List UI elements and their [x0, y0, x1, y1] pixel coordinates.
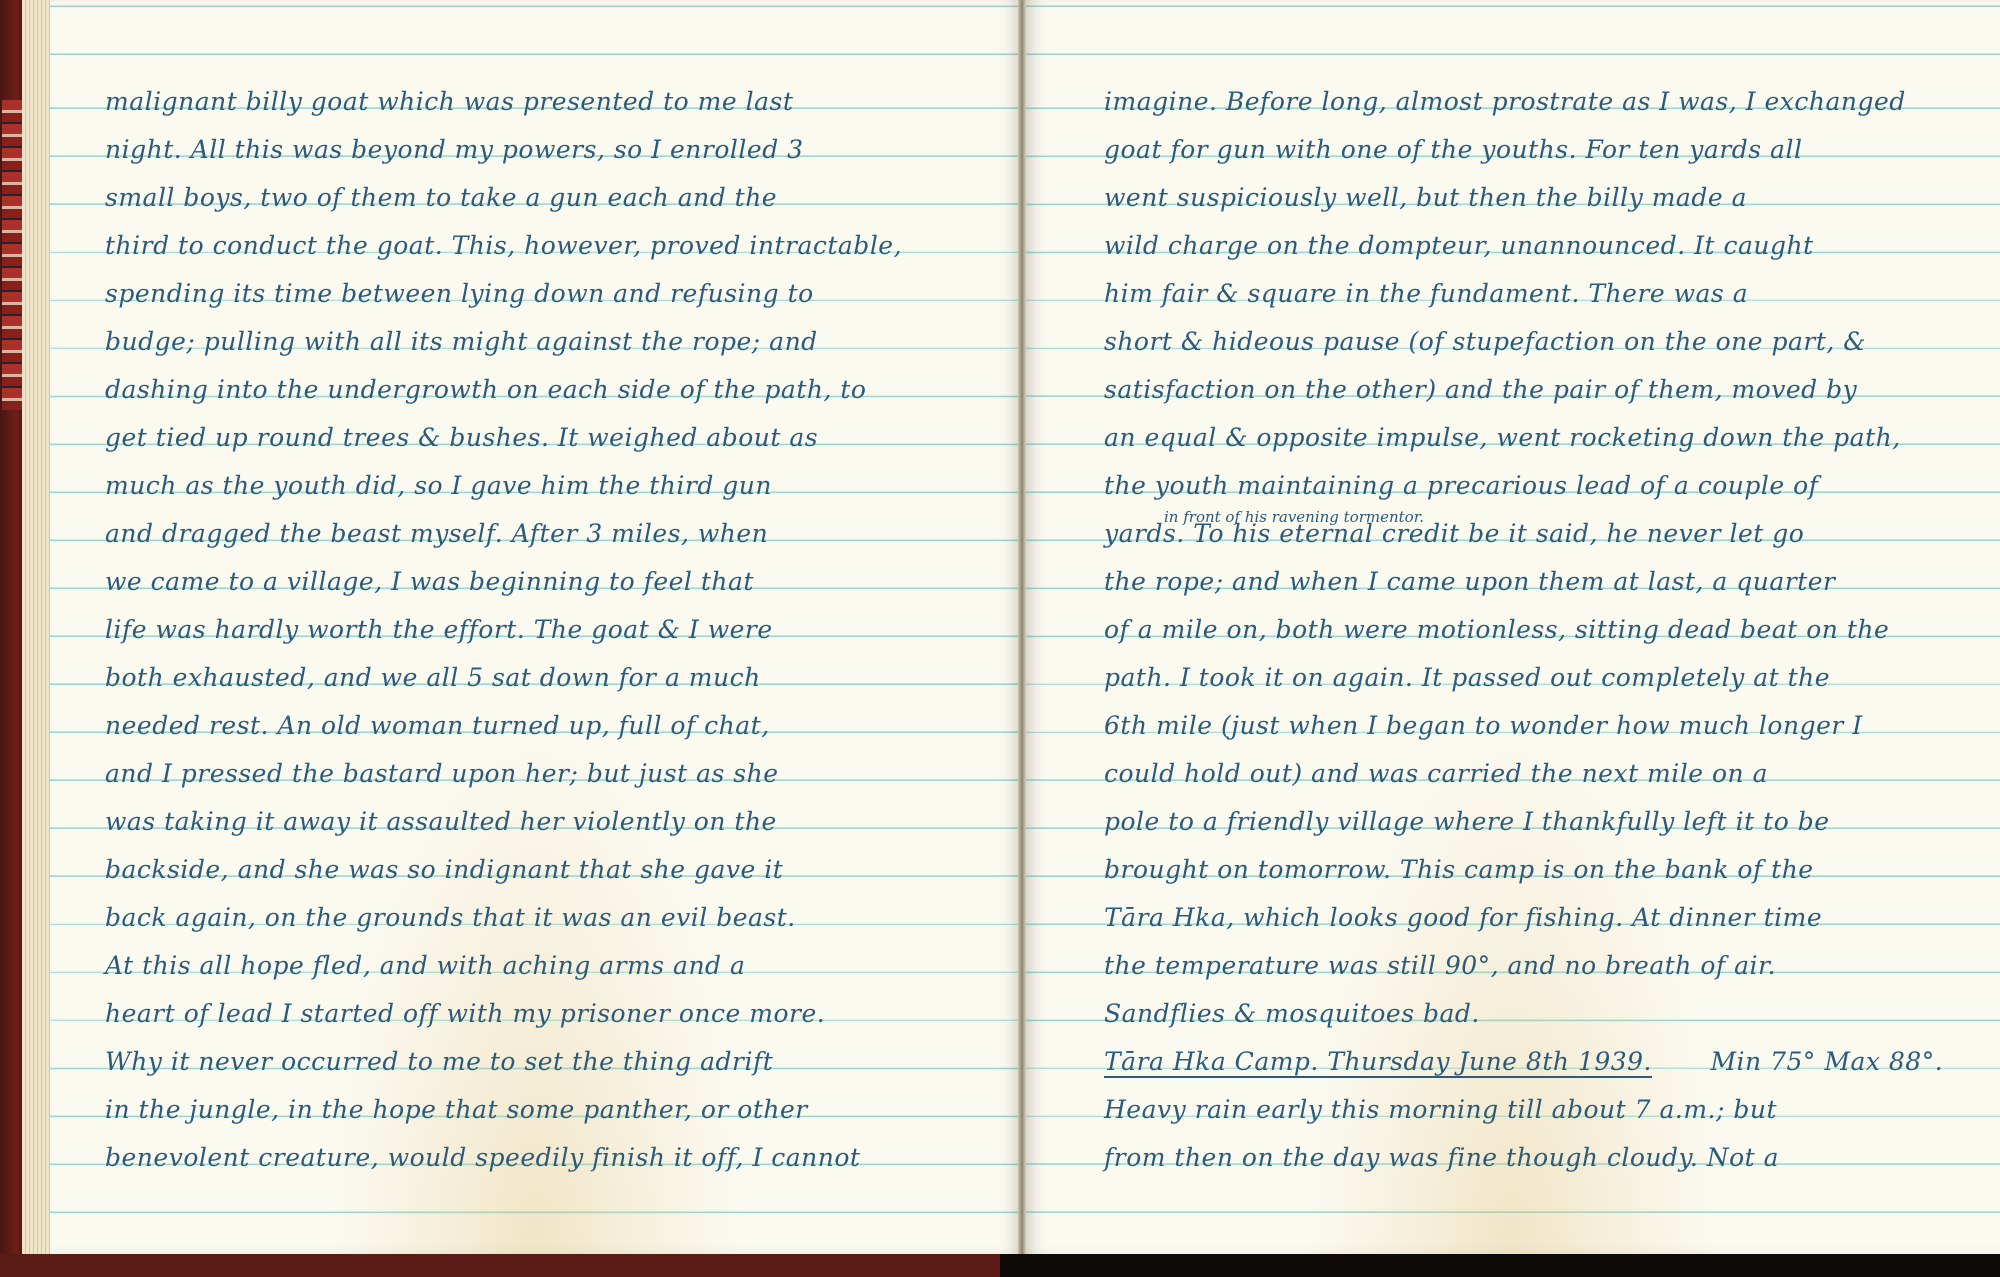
handwritten-line: from then on the day was fine though clo… — [1024, 1134, 2000, 1182]
handwritten-line: get tied up round trees & bushes. It wei… — [50, 414, 1022, 462]
entry-temperatures: Min 75° Max 88°. — [1710, 1047, 1943, 1076]
page-edges — [22, 0, 50, 1254]
handwritten-line: needed rest. An old woman turned up, ful… — [50, 702, 1022, 750]
handwritten-line: short & hideous pause (of stupefaction o… — [1024, 318, 2000, 366]
handwritten-line: At this all hope fled, and with aching a… — [50, 942, 1022, 990]
handwritten-line: benevolent creature, would speedily fini… — [50, 1134, 1022, 1182]
entry-heading-line: Tāra Hka Camp. Thursday June 8th 1939. M… — [1024, 1038, 2000, 1086]
right-page: imagine. Before long, almost prostrate a… — [1024, 0, 2000, 1254]
handwritten-line: brought on tomorrow. This camp is on the… — [1024, 846, 2000, 894]
handwritten-line: the youth maintaining a precarious lead … — [1024, 462, 2000, 510]
handwritten-line: 6th mile (just when I began to wonder ho… — [1024, 702, 2000, 750]
handwritten-line: imagine. Before long, almost prostrate a… — [1024, 78, 2000, 126]
handwritten-line: was taking it away it assaulted her viol… — [50, 798, 1022, 846]
handwritten-line: Sandflies & mosquitoes bad. — [1024, 990, 2000, 1038]
handwritten-line: pole to a friendly village where I thank… — [1024, 798, 2000, 846]
handwritten-line: life was hardly worth the effort. The go… — [50, 606, 1022, 654]
handwritten-line: heart of lead I started off with my pris… — [50, 990, 1022, 1038]
handwritten-line: malignant billy goat which was presented… — [50, 78, 1022, 126]
handwritten-line: spending its time between lying down and… — [50, 270, 1022, 318]
handwritten-line: of a mile on, both were motionless, sitt… — [1024, 606, 2000, 654]
handwritten-line: small boys, two of them to take a gun ea… — [50, 174, 1022, 222]
handwritten-line: could hold out) and was carried the next… — [1024, 750, 2000, 798]
handwritten-line: him fair & square in the fundament. Ther… — [1024, 270, 2000, 318]
cover-bottom-edge — [0, 1254, 2000, 1277]
handwritten-line: wild charge on the dompteur, unannounced… — [1024, 222, 2000, 270]
handwritten-line: Why it never occurred to me to set the t… — [50, 1038, 1022, 1086]
handwritten-line: path. I took it on again. It passed out … — [1024, 654, 2000, 702]
handwritten-line: went suspiciously well, but then the bil… — [1024, 174, 2000, 222]
book-gutter — [1018, 0, 1026, 1254]
handwritten-line: much as the youth did, so I gave him the… — [50, 462, 1022, 510]
left-page-text: malignant billy goat which was presented… — [50, 78, 1022, 1182]
handwritten-line: Heavy rain early this morning till about… — [1024, 1086, 2000, 1134]
entry-heading: Tāra Hka Camp. Thursday June 8th 1939. — [1104, 1047, 1652, 1076]
handwritten-line: both exhausted, and we all 5 sat down fo… — [50, 654, 1022, 702]
handwritten-line: an equal & opposite impulse, went rocket… — [1024, 414, 2000, 462]
handwritten-line: Tāra Hka, which looks good for fishing. … — [1024, 894, 2000, 942]
marbled-endpaper — [2, 100, 22, 410]
handwritten-line: third to conduct the goat. This, however… — [50, 222, 1022, 270]
handwritten-line: the temperature was still 90°, and no br… — [1024, 942, 2000, 990]
handwritten-line: in the jungle, in the hope that some pan… — [50, 1086, 1022, 1134]
handwritten-line: back again, on the grounds that it was a… — [50, 894, 1022, 942]
left-page: malignant billy goat which was presented… — [50, 0, 1022, 1254]
handwritten-line: backside, and she was so indignant that … — [50, 846, 1022, 894]
handwritten-line: the rope; and when I came upon them at l… — [1024, 558, 2000, 606]
handwritten-line: goat for gun with one of the youths. For… — [1024, 126, 2000, 174]
handwritten-line: we came to a village, I was beginning to… — [50, 558, 1022, 606]
interlinear-insertion: in front of his ravening tormentor. — [1164, 508, 1424, 526]
handwritten-line: and dragged the beast myself. After 3 mi… — [50, 510, 1022, 558]
handwritten-line: budge; pulling with all its might agains… — [50, 318, 1022, 366]
handwritten-line: night. All this was beyond my powers, so… — [50, 126, 1022, 174]
handwritten-line: and I pressed the bastard upon her; but … — [50, 750, 1022, 798]
right-page-text: imagine. Before long, almost prostrate a… — [1024, 78, 2000, 1182]
handwritten-line: dashing into the undergrowth on each sid… — [50, 366, 1022, 414]
handwritten-line: satisfaction on the other) and the pair … — [1024, 366, 2000, 414]
